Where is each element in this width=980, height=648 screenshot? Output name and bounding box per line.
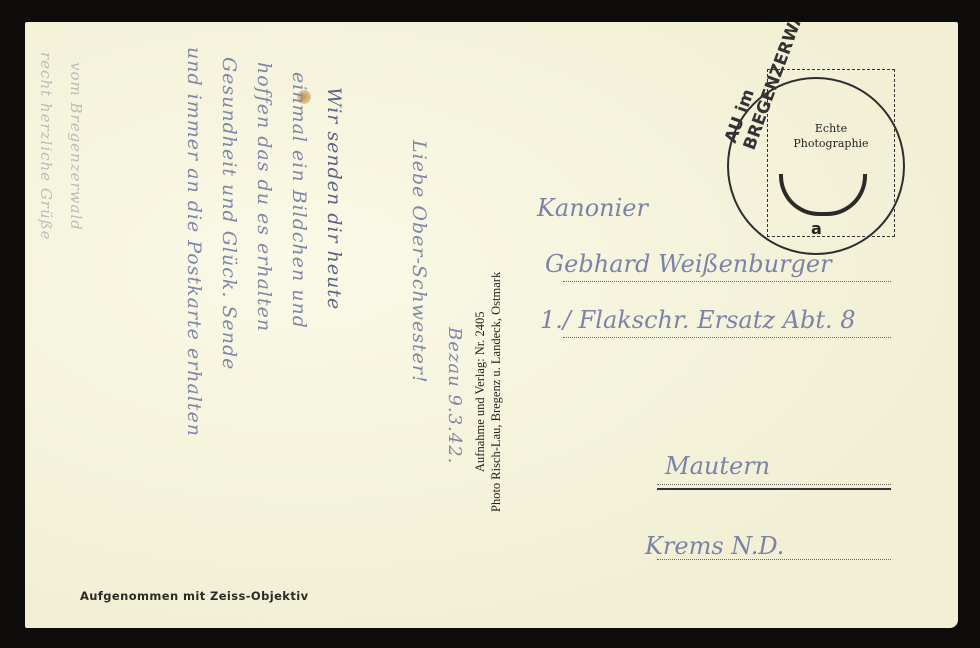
message-line-4: Gesundheit und Glück. Sende <box>218 57 240 370</box>
address-line-1: Kanonier <box>537 194 648 222</box>
postmark-inner-arc <box>779 174 867 216</box>
postmark-ring-text: AU im BREGENZERWALD <box>721 22 821 153</box>
date: Bezau 9.3.42. <box>444 327 465 464</box>
address-dotline-4 <box>657 559 891 560</box>
margin-note-1: recht herzliche Grüße <box>37 52 55 241</box>
publisher-line-2: Photo Risch-Lau, Bregenz u. Landeck, Ost… <box>488 272 504 512</box>
margin-note-2: vom Bregenzerwald <box>67 62 85 231</box>
salutation: Liebe Ober-Schwester! <box>408 140 430 384</box>
address-line-5: Krems N.D. <box>645 532 784 560</box>
message-line-5: und immer an die Postkarte erhalten <box>183 47 205 437</box>
address-dotline-2 <box>563 337 891 338</box>
address-dotline-3 <box>657 484 891 485</box>
publisher-line-1: Aufnahme und Verlag: Nr. 2405 <box>472 311 488 472</box>
address-underline <box>657 488 891 490</box>
message-line-2: einmal ein Bildchen und <box>288 72 310 329</box>
postmark-letter: a <box>811 219 822 238</box>
postcard-back: recht herzliche Grüße vom Bregenzerwald … <box>25 22 958 628</box>
address-dotline-1 <box>563 281 891 282</box>
message-line-1: Wir senden dir heute <box>323 87 345 310</box>
footer-zeiss: Aufgenommen mit Zeiss-Objektiv <box>80 589 308 603</box>
address-line-2: Gebhard Weißenburger <box>545 250 832 278</box>
address-line-3: 1./ Flakschr. Ersatz Abt. 8 <box>540 306 856 334</box>
message-line-3: hoffen das du es erhalten <box>253 62 275 332</box>
postmark: AU im BREGENZERWALD a <box>727 77 905 255</box>
address-line-4: Mautern <box>665 452 770 480</box>
